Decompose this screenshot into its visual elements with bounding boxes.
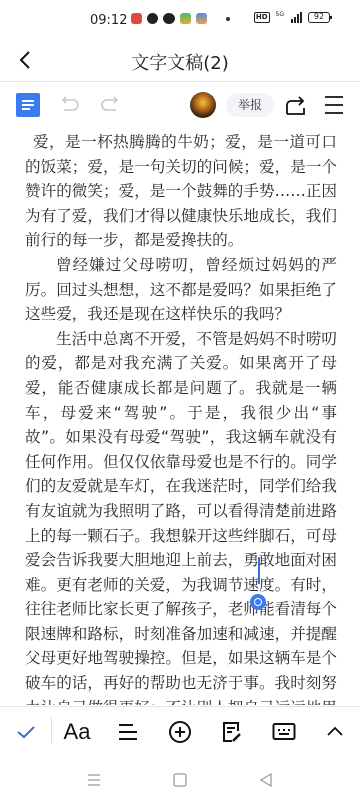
paragraph: 生活中总离不开爱，不管是妈妈不时唠叨的爱，都是对我充满了关爱。如果离开了母爱，能… bbox=[25, 327, 337, 705]
system-nav-bar bbox=[0, 756, 360, 800]
back-triangle-icon bbox=[258, 773, 274, 787]
wechat-icon bbox=[163, 13, 175, 24]
redo-button[interactable] bbox=[98, 93, 122, 121]
signal-icon bbox=[291, 12, 302, 23]
chevron-up-icon bbox=[325, 722, 345, 742]
report-button[interactable]: 举报 bbox=[226, 93, 274, 117]
status-time: 09:12 bbox=[90, 13, 127, 28]
share-icon bbox=[284, 93, 308, 117]
undo-icon bbox=[58, 93, 82, 117]
page-title: 文字文稿(2) bbox=[0, 49, 360, 75]
insert-button[interactable] bbox=[167, 719, 193, 745]
author-avatar[interactable] bbox=[190, 92, 216, 118]
note-edit-icon bbox=[221, 721, 243, 743]
share-button[interactable] bbox=[284, 93, 308, 121]
paragraph: 爱，是一杯热腾腾的牛奶；爱，是一道可口的饭菜；爱，是一句关切的问候；爱，是一个赞… bbox=[25, 130, 337, 253]
cursor-handle[interactable] bbox=[250, 594, 266, 610]
document-icon-line bbox=[22, 104, 34, 106]
annotate-button[interactable] bbox=[219, 719, 245, 745]
hamburger-menu-icon bbox=[324, 94, 344, 116]
home-icon bbox=[172, 773, 188, 787]
hd-icon: HD bbox=[254, 12, 270, 23]
paragraph-format-button[interactable] bbox=[115, 719, 141, 745]
document-editor[interactable]: 爱，是一杯热腾腾的牛奶；爱，是一道可口的饭菜；爱，是一句关切的问候；爱，是一个赞… bbox=[0, 124, 360, 705]
qq-icon bbox=[147, 13, 158, 24]
plus-circle-icon bbox=[168, 720, 192, 744]
title-bar: 文字文稿(2) bbox=[0, 40, 360, 82]
keyboard-icon bbox=[272, 722, 296, 742]
expand-toolbar-button[interactable] bbox=[322, 719, 348, 745]
battery-icon: 92 bbox=[308, 12, 330, 23]
check-icon bbox=[15, 721, 37, 743]
paragraph: 曾经嫌过父母唠叨，曾经烦过妈妈的严厉。回过头想想，这不都是爱吗？如果拒绝了这些爱… bbox=[25, 253, 337, 327]
system-indicators: HD 5G 92 bbox=[254, 12, 330, 23]
text-cursor bbox=[258, 557, 260, 584]
status-bar: 09:12 HD 5G 92 bbox=[0, 0, 360, 40]
nav-back-button[interactable] bbox=[258, 772, 274, 791]
editor-toolbar: 举报 bbox=[0, 84, 360, 124]
document-outline-button[interactable] bbox=[16, 93, 40, 117]
weibo-icon bbox=[131, 13, 142, 24]
bottom-format-toolbar: Aa bbox=[0, 706, 360, 756]
home-button[interactable] bbox=[172, 772, 188, 791]
font-style-button[interactable]: Aa bbox=[64, 719, 90, 745]
video-app-icon bbox=[180, 13, 191, 24]
network-type: 5G bbox=[276, 12, 284, 18]
font-icon: Aa bbox=[64, 719, 91, 745]
paragraph-align-icon bbox=[117, 721, 139, 743]
document-content[interactable]: 爱，是一杯热腾腾的牛奶；爱，是一道可口的饭菜；爱，是一句关切的问候；爱，是一个赞… bbox=[25, 130, 337, 705]
more-notifications-dot-icon bbox=[226, 17, 230, 21]
more-menu-button[interactable] bbox=[324, 94, 344, 120]
recent-apps-button[interactable] bbox=[86, 772, 102, 791]
undo-button[interactable] bbox=[58, 93, 82, 121]
document-icon-line bbox=[22, 108, 30, 110]
notification-icons bbox=[131, 13, 230, 24]
divider bbox=[51, 717, 52, 743]
app-icon bbox=[196, 13, 207, 24]
done-button[interactable] bbox=[13, 719, 39, 745]
keyboard-button[interactable] bbox=[271, 719, 297, 745]
recent-apps-icon bbox=[86, 773, 102, 787]
document-icon bbox=[22, 100, 34, 102]
redo-icon bbox=[98, 93, 122, 117]
